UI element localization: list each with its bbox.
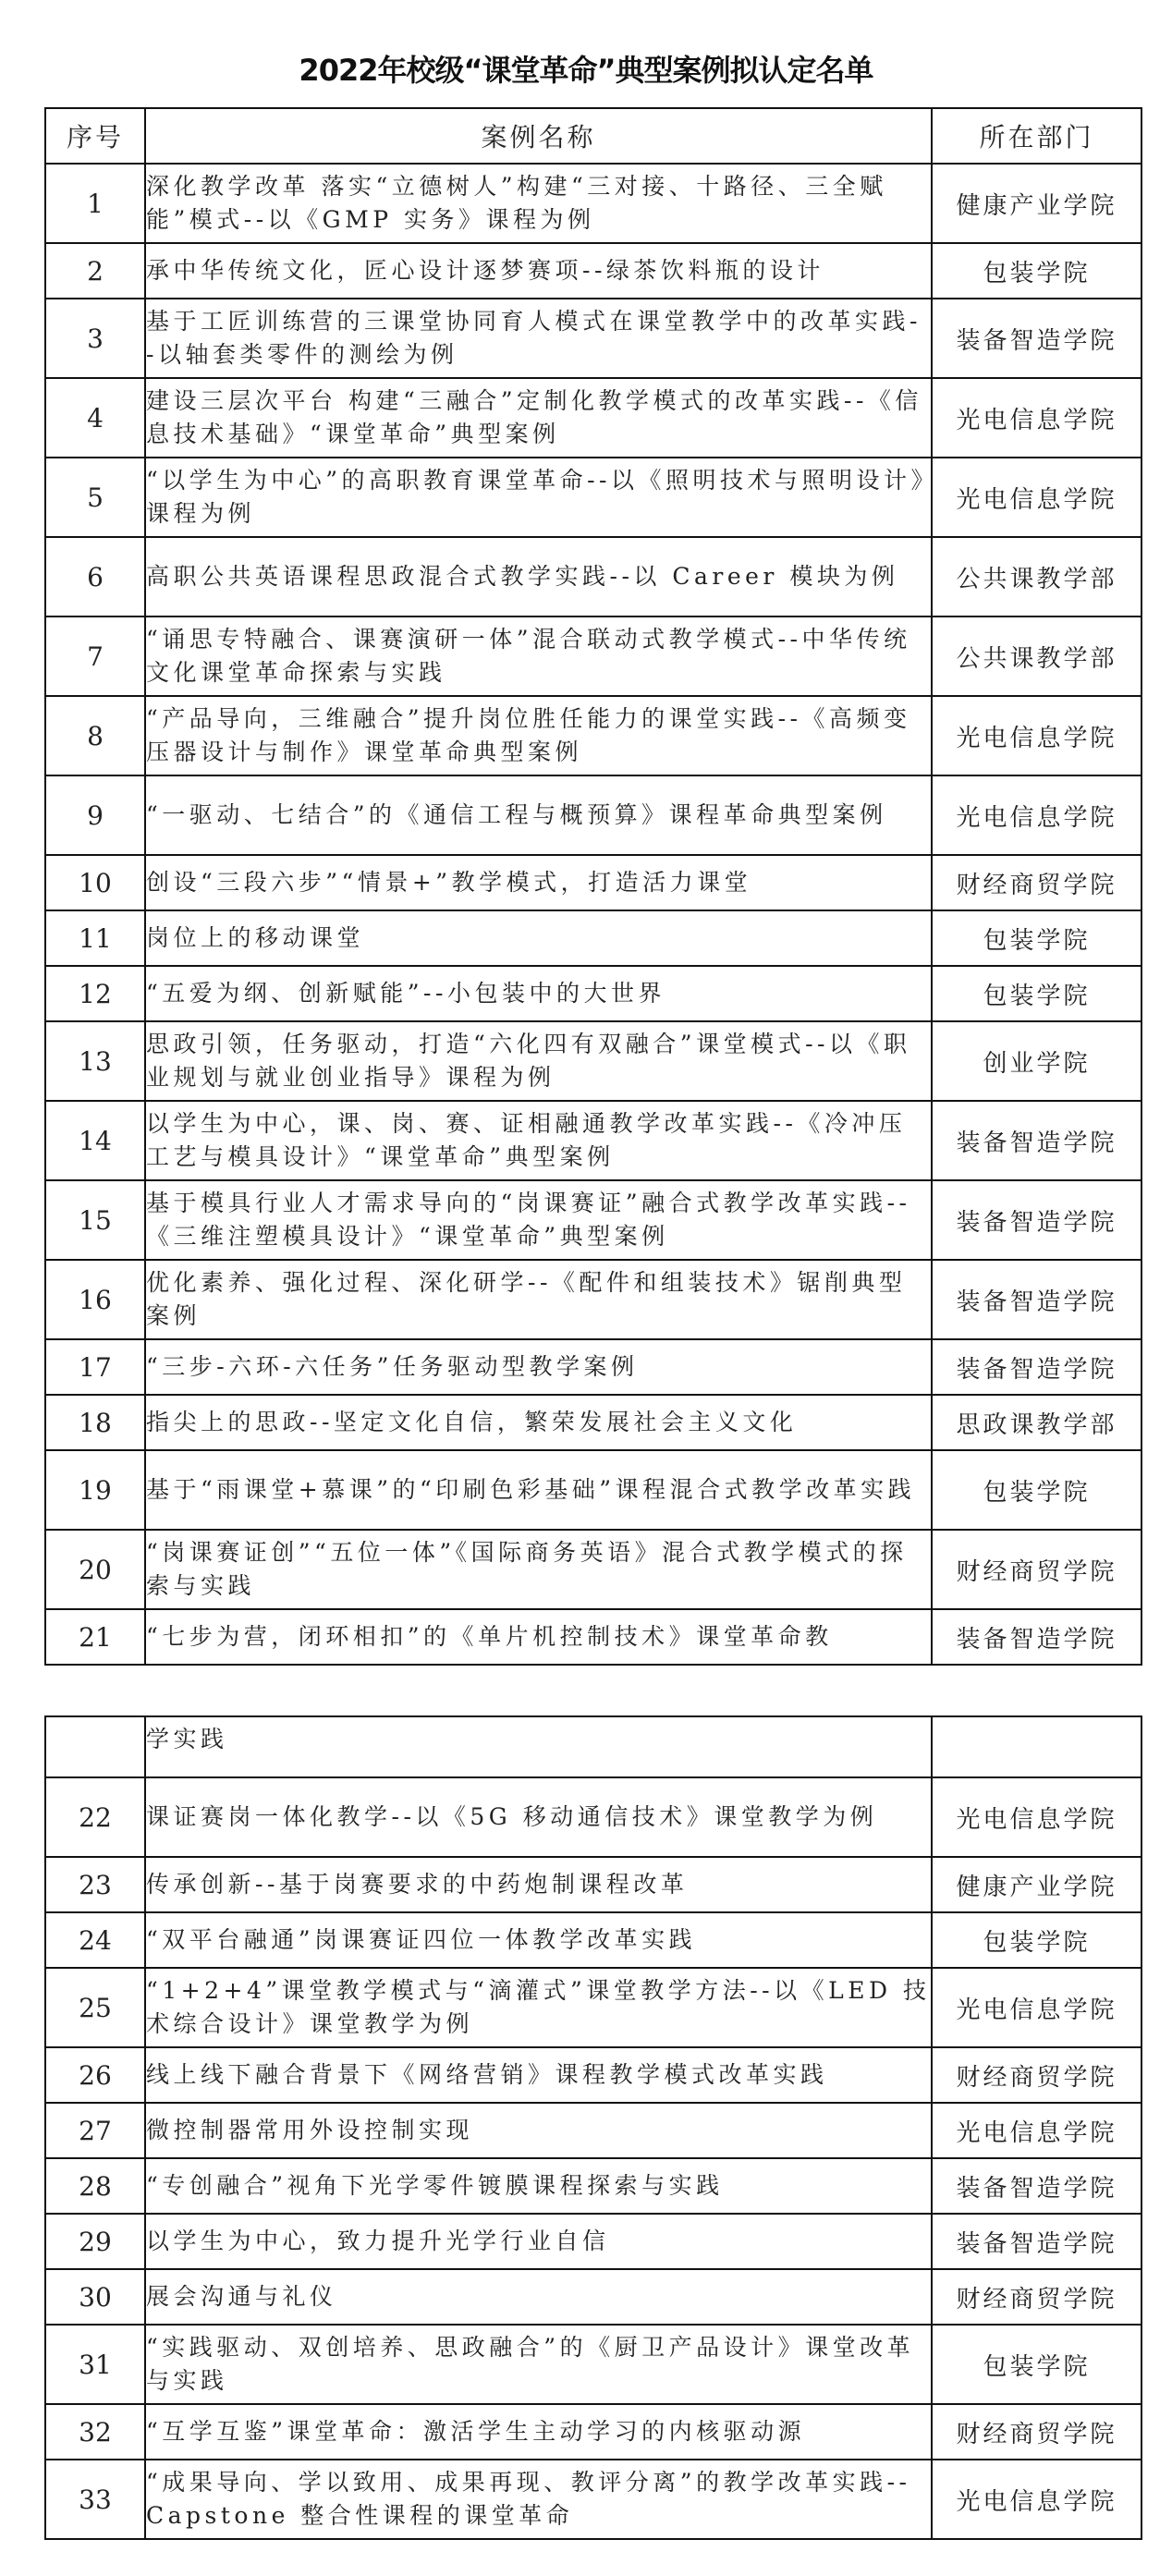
cell-serial-number: 12 — [45, 966, 145, 1021]
cell-department: 健康产业学院 — [932, 164, 1141, 243]
cell-department: 财经商贸学院 — [932, 2269, 1141, 2325]
cell-case-name: 创设“三段六步”“情景+”教学模式，打造活力课堂 — [145, 855, 932, 910]
case-list-table-page-2: 学实践 22课证赛岗一体化教学--以《5G 移动通信技术》课堂教学为例光电信息学… — [44, 1715, 1142, 2540]
cell-department: 装备智造学院 — [932, 1260, 1141, 1339]
cell-serial-number: 15 — [45, 1180, 145, 1260]
cell-department: 包装学院 — [932, 2325, 1141, 2404]
header-serial-number: 序号 — [45, 108, 145, 164]
cell-case-name: 基于模具行业人才需求导向的“岗课赛证”融合式教学改革实践--《三维注塑模具设计》… — [145, 1180, 932, 1260]
table-row: 27微控制器常用外设控制实现光电信息学院 — [45, 2103, 1141, 2158]
cell-case-name: 微控制器常用外设控制实现 — [145, 2103, 932, 2158]
cell-department: 财经商贸学院 — [932, 1530, 1141, 1609]
cell-department: 装备智造学院 — [932, 1609, 1141, 1665]
cell-serial-number: 21 — [45, 1609, 145, 1665]
table-row: 23传承创新--基于岗赛要求的中药炮制课程改革健康产业学院 — [45, 1857, 1141, 1912]
cell-case-name: 深化教学改革 落实“立德树人”构建“三对接、十路径、三全赋能”模式--以《GMP… — [145, 164, 932, 243]
cell-case-name: “以学生为中心”的高职教育课堂革命--以《照明技术与照明设计》课程为例 — [145, 458, 932, 537]
table-row: 9“一驱动、七结合”的《通信工程与概预算》课程革命典型案例光电信息学院 — [45, 775, 1141, 855]
cell-case-name: “岗课赛证创”“五位一体”《国际商务英语》混合式教学模式的探索与实践 — [145, 1530, 932, 1609]
cell-department: 光电信息学院 — [932, 458, 1141, 537]
cell-serial-number: 2 — [45, 243, 145, 299]
cell-case-name: “诵思专特融合、课赛演研一体”混合联动式教学模式--中华传统文化课堂革命探索与实… — [145, 617, 932, 696]
table-body-page-1: 1深化教学改革 落实“立德树人”构建“三对接、十路径、三全赋能”模式--以《GM… — [45, 164, 1141, 1665]
table-row: 28“专创融合”视角下光学零件镀膜课程探索与实践装备智造学院 — [45, 2158, 1141, 2214]
cell-department: 健康产业学院 — [932, 1857, 1141, 1912]
table-row: 5“以学生为中心”的高职教育课堂革命--以《照明技术与照明设计》课程为例光电信息… — [45, 458, 1141, 537]
table-row: 31“实践驱动、双创培养、思政融合”的《厨卫产品设计》课堂改革与实践包装学院 — [45, 2325, 1141, 2404]
cell-department — [932, 1716, 1141, 1777]
cell-case-name: “互学互鉴”课堂革命：激活学生主动学习的内核驱动源 — [145, 2404, 932, 2460]
cell-serial-number: 24 — [45, 1912, 145, 1968]
header-case-name: 案例名称 — [145, 108, 932, 164]
cell-serial-number: 17 — [45, 1339, 145, 1395]
table-row: 14以学生为中心，课、岗、赛、证相融通教学改革实践--《冷冲压工艺与模具设计》“… — [45, 1101, 1141, 1180]
cell-department: 装备智造学院 — [932, 1180, 1141, 1260]
cell-case-name: “专创融合”视角下光学零件镀膜课程探索与实践 — [145, 2158, 932, 2214]
table-row: 30展会沟通与礼仪财经商贸学院 — [45, 2269, 1141, 2325]
table-row: 24“双平台融通”岗课赛证四位一体教学改革实践包装学院 — [45, 1912, 1141, 1968]
cell-case-name: “成果导向、学以致用、成果再现、教评分离”的教学改革实践--Capstone 整… — [145, 2460, 932, 2539]
cell-serial-number: 28 — [45, 2158, 145, 2214]
table-row: 4建设三层次平台 构建“三融合”定制化教学模式的改革实践--《信息技术基础》“课… — [45, 378, 1141, 458]
cell-case-name: 学实践 — [145, 1716, 932, 1777]
table-row: 22课证赛岗一体化教学--以《5G 移动通信技术》课堂教学为例光电信息学院 — [45, 1777, 1141, 1857]
table-row: 33“成果导向、学以致用、成果再现、教评分离”的教学改革实践--Capstone… — [45, 2460, 1141, 2539]
cell-serial-number: 31 — [45, 2325, 145, 2404]
cell-department: 光电信息学院 — [932, 378, 1141, 458]
table-row: 29以学生为中心，致力提升光学行业自信装备智造学院 — [45, 2214, 1141, 2269]
cell-department: 财经商贸学院 — [932, 855, 1141, 910]
table-row: 18指尖上的思政--坚定文化自信，繁荣发展社会主义文化思政课教学部 — [45, 1395, 1141, 1450]
cell-case-name: 优化素养、强化过程、深化研学--《配件和组装技术》锯削典型案例 — [145, 1260, 932, 1339]
cell-serial-number: 6 — [45, 537, 145, 617]
cell-department: 光电信息学院 — [932, 1968, 1141, 2047]
cell-department: 公共课教学部 — [932, 617, 1141, 696]
cell-case-name: “三步-六环-六任务”任务驱动型教学案例 — [145, 1339, 932, 1395]
header-department: 所在部门 — [932, 108, 1141, 164]
table-row: 8“产品导向，三维融合”提升岗位胜任能力的课堂实践--《高频变压器设计与制作》课… — [45, 696, 1141, 775]
cell-case-name: 以学生为中心，致力提升光学行业自信 — [145, 2214, 932, 2269]
cell-case-name: “1+2+4”课堂教学模式与“滴灌式”课堂教学方法--以《LED 技术综合设计》… — [145, 1968, 932, 2047]
table-row: 26线上线下融合背景下《网络营销》课程教学模式改革实践财经商贸学院 — [45, 2047, 1141, 2103]
cell-case-name: 岗位上的移动课堂 — [145, 910, 932, 966]
cell-department: 思政课教学部 — [932, 1395, 1141, 1450]
table-row: 16优化素养、强化过程、深化研学--《配件和组装技术》锯削典型案例装备智造学院 — [45, 1260, 1141, 1339]
cell-department: 装备智造学院 — [932, 299, 1141, 378]
cell-case-name: “双平台融通”岗课赛证四位一体教学改革实践 — [145, 1912, 932, 1968]
cell-serial-number: 5 — [45, 458, 145, 537]
table-row: 32“互学互鉴”课堂革命：激活学生主动学习的内核驱动源财经商贸学院 — [45, 2404, 1141, 2460]
cell-serial-number: 19 — [45, 1450, 145, 1530]
table-body-page-2: 学实践 22课证赛岗一体化教学--以《5G 移动通信技术》课堂教学为例光电信息学… — [45, 1716, 1141, 2539]
cell-case-name: 基于“雨课堂+慕课”的“印刷色彩基础”课程混合式教学改革实践 — [145, 1450, 932, 1530]
cell-serial-number — [45, 1716, 145, 1777]
cell-serial-number: 33 — [45, 2460, 145, 2539]
cell-department: 公共课教学部 — [932, 537, 1141, 617]
cell-serial-number: 20 — [45, 1530, 145, 1609]
cell-serial-number: 25 — [45, 1968, 145, 2047]
cell-serial-number: 13 — [45, 1021, 145, 1101]
cell-serial-number: 30 — [45, 2269, 145, 2325]
cell-department: 光电信息学院 — [932, 2460, 1141, 2539]
cell-department: 装备智造学院 — [932, 2214, 1141, 2269]
cell-case-name: 基于工匠训练营的三课堂协同育人模式在课堂教学中的改革实践--以轴套类零件的测绘为… — [145, 299, 932, 378]
table-row: 11岗位上的移动课堂包装学院 — [45, 910, 1141, 966]
cell-department: 包装学院 — [932, 243, 1141, 299]
cell-serial-number: 7 — [45, 617, 145, 696]
cell-serial-number: 3 — [45, 299, 145, 378]
cell-serial-number: 4 — [45, 378, 145, 458]
cell-department: 包装学院 — [932, 910, 1141, 966]
cell-serial-number: 22 — [45, 1777, 145, 1857]
cell-case-name: 承中华传统文化，匠心设计逐梦赛项--绿茶饮料瓶的设计 — [145, 243, 932, 299]
table-row: 7“诵思专特融合、课赛演研一体”混合联动式教学模式--中华传统文化课堂革命探索与… — [45, 617, 1141, 696]
cell-department: 光电信息学院 — [932, 696, 1141, 775]
cell-case-name: 课证赛岗一体化教学--以《5G 移动通信技术》课堂教学为例 — [145, 1777, 932, 1857]
cell-department: 光电信息学院 — [932, 775, 1141, 855]
cell-department: 装备智造学院 — [932, 1339, 1141, 1395]
case-list-table-page-1: 序号 案例名称 所在部门 1深化教学改革 落实“立德树人”构建“三对接、十路径、… — [44, 107, 1142, 1666]
cell-case-name: 建设三层次平台 构建“三融合”定制化教学模式的改革实践--《信息技术基础》“课堂… — [145, 378, 932, 458]
cell-serial-number: 14 — [45, 1101, 145, 1180]
table-row: 6高职公共英语课程思政混合式教学实践--以 Career 模块为例公共课教学部 — [45, 537, 1141, 617]
cell-case-name: 思政引领，任务驱动，打造“六化四有双融合”课堂模式--以《职业规划与就业创业指导… — [145, 1021, 932, 1101]
cell-serial-number: 23 — [45, 1857, 145, 1912]
cell-case-name: 线上线下融合背景下《网络营销》课程教学模式改革实践 — [145, 2047, 932, 2103]
cell-department: 财经商贸学院 — [932, 2047, 1141, 2103]
cell-case-name: 展会沟通与礼仪 — [145, 2269, 932, 2325]
cell-case-name: “一驱动、七结合”的《通信工程与概预算》课程革命典型案例 — [145, 775, 932, 855]
cell-case-name: “产品导向，三维融合”提升岗位胜任能力的课堂实践--《高频变压器设计与制作》课堂… — [145, 696, 932, 775]
cell-department: 装备智造学院 — [932, 1101, 1141, 1180]
cell-case-name: “五爱为纲、创新赋能”--小包装中的大世界 — [145, 966, 932, 1021]
cell-serial-number: 16 — [45, 1260, 145, 1339]
table-row: 12“五爱为纲、创新赋能”--小包装中的大世界包装学院 — [45, 966, 1141, 1021]
cell-department: 财经商贸学院 — [932, 2404, 1141, 2460]
continuation-row: 学实践 — [45, 1716, 1141, 1777]
table-header-row: 序号 案例名称 所在部门 — [45, 108, 1141, 164]
cell-serial-number: 27 — [45, 2103, 145, 2158]
cell-serial-number: 10 — [45, 855, 145, 910]
table-row: 13思政引领，任务驱动，打造“六化四有双融合”课堂模式--以《职业规划与就业创业… — [45, 1021, 1141, 1101]
table-row: 2承中华传统文化，匠心设计逐梦赛项--绿茶饮料瓶的设计包装学院 — [45, 243, 1141, 299]
cell-department: 包装学院 — [932, 966, 1141, 1021]
cell-serial-number: 18 — [45, 1395, 145, 1450]
table-row: 25“1+2+4”课堂教学模式与“滴灌式”课堂教学方法--以《LED 技术综合设… — [45, 1968, 1141, 2047]
cell-case-name: 传承创新--基于岗赛要求的中药炮制课程改革 — [145, 1857, 932, 1912]
cell-case-name: 以学生为中心，课、岗、赛、证相融通教学改革实践--《冷冲压工艺与模具设计》“课堂… — [145, 1101, 932, 1180]
cell-serial-number: 11 — [45, 910, 145, 966]
cell-department: 创业学院 — [932, 1021, 1141, 1101]
cell-case-name: 指尖上的思政--坚定文化自信，繁荣发展社会主义文化 — [145, 1395, 932, 1450]
table-row: 17“三步-六环-六任务”任务驱动型教学案例装备智造学院 — [45, 1339, 1141, 1395]
cell-serial-number: 26 — [45, 2047, 145, 2103]
cell-department: 装备智造学院 — [932, 2158, 1141, 2214]
table-row: 10创设“三段六步”“情景+”教学模式，打造活力课堂财经商贸学院 — [45, 855, 1141, 910]
cell-case-name: “七步为营，闭环相扣”的《单片机控制技术》课堂革命教 — [145, 1609, 932, 1665]
table-row: 15基于模具行业人才需求导向的“岗课赛证”融合式教学改革实践--《三维注塑模具设… — [45, 1180, 1141, 1260]
cell-case-name: 高职公共英语课程思政混合式教学实践--以 Career 模块为例 — [145, 537, 932, 617]
document-title: 2022年校级“课堂革命”典型案例拟认定名单 — [0, 46, 1172, 94]
table-row: 20“岗课赛证创”“五位一体”《国际商务英语》混合式教学模式的探索与实践财经商贸… — [45, 1530, 1141, 1609]
cell-serial-number: 8 — [45, 696, 145, 775]
cell-serial-number: 1 — [45, 164, 145, 243]
cell-serial-number: 32 — [45, 2404, 145, 2460]
table-row: 3基于工匠训练营的三课堂协同育人模式在课堂教学中的改革实践--以轴套类零件的测绘… — [45, 299, 1141, 378]
cell-department: 包装学院 — [932, 1912, 1141, 1968]
table-row: 1深化教学改革 落实“立德树人”构建“三对接、十路径、三全赋能”模式--以《GM… — [45, 164, 1141, 243]
cell-serial-number: 29 — [45, 2214, 145, 2269]
table-row: 19基于“雨课堂+慕课”的“印刷色彩基础”课程混合式教学改革实践包装学院 — [45, 1450, 1141, 1530]
cell-department: 光电信息学院 — [932, 1777, 1141, 1857]
table-row: 21“七步为营，闭环相扣”的《单片机控制技术》课堂革命教装备智造学院 — [45, 1609, 1141, 1665]
cell-department: 光电信息学院 — [932, 2103, 1141, 2158]
cell-case-name: “实践驱动、双创培养、思政融合”的《厨卫产品设计》课堂改革与实践 — [145, 2325, 932, 2404]
cell-serial-number: 9 — [45, 775, 145, 855]
cell-department: 包装学院 — [932, 1450, 1141, 1530]
